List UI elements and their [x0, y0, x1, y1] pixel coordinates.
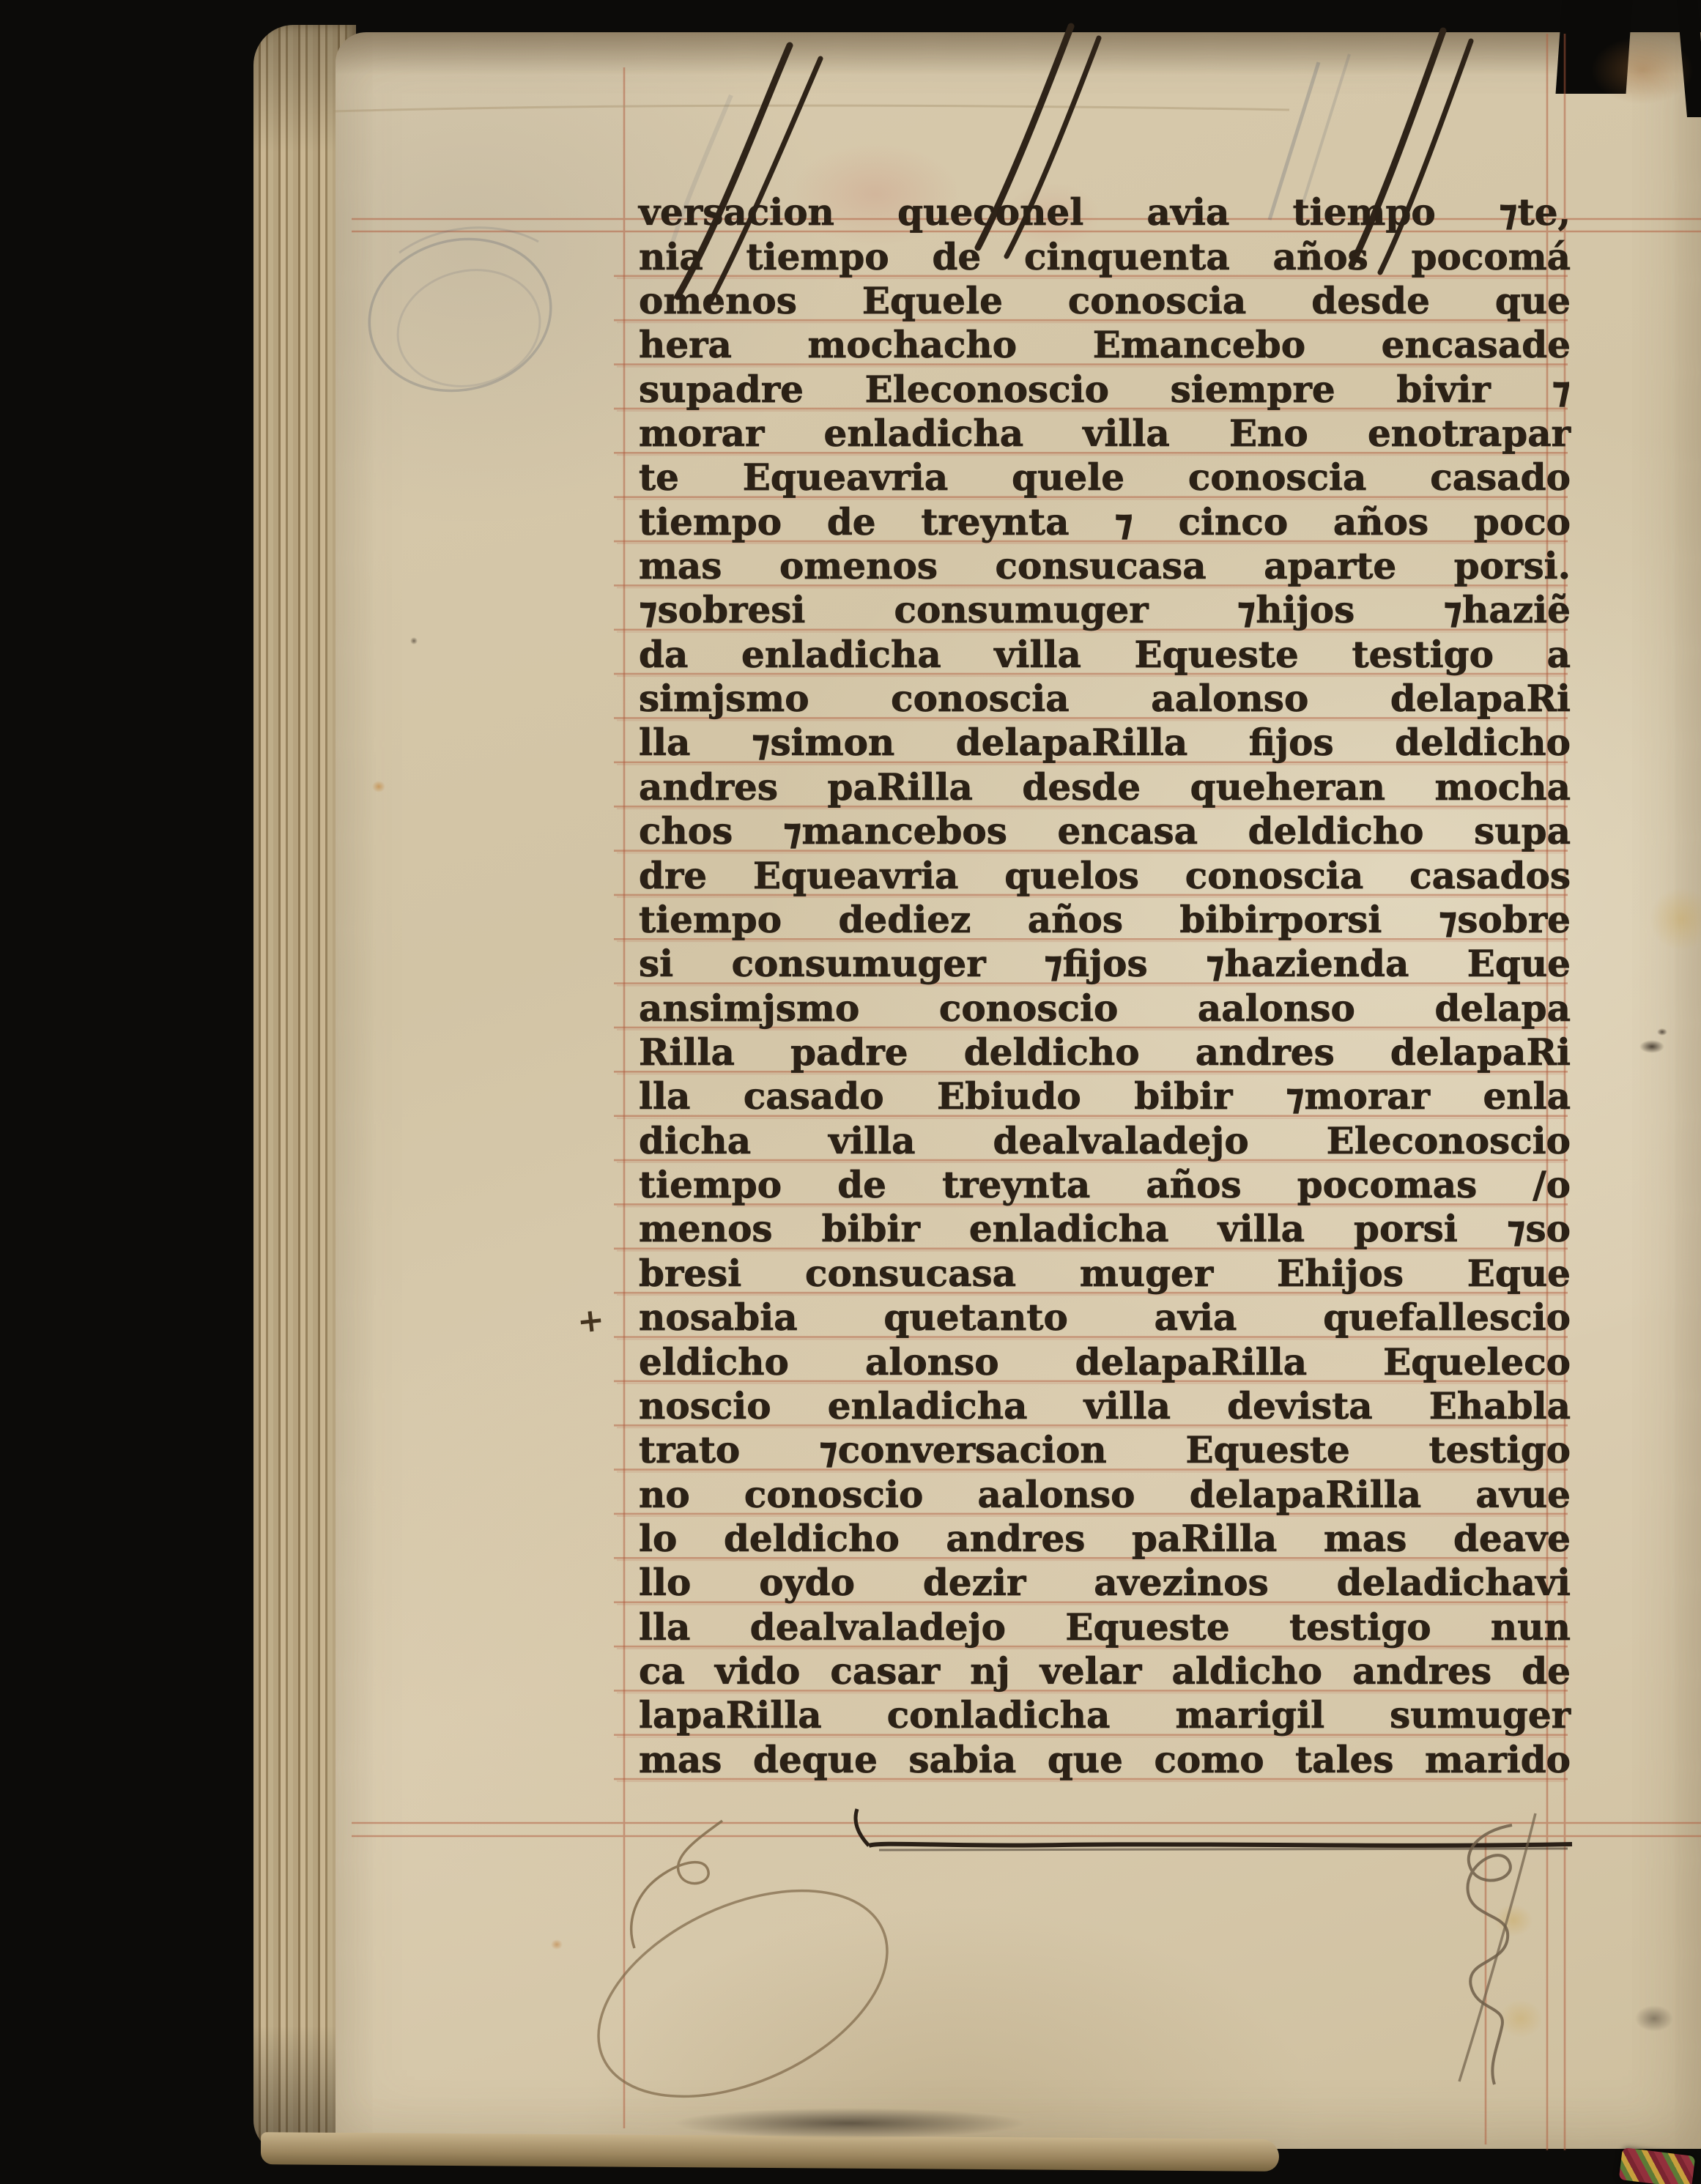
manuscript-text-line: trato ⁊conversacion Equeste testigo [639, 1430, 1571, 1471]
manuscript-text-line: lla casado Ebiudo bibir ⁊morar enla [639, 1076, 1571, 1117]
manuscript-text-line: menos bibir enladicha villa porsi ⁊so [639, 1208, 1571, 1249]
manuscript-text-line: lapaRilla conladicha marigil sumuger [639, 1695, 1571, 1736]
manuscript-text-line: dre Equeavria quelos conoscia casados [639, 855, 1571, 896]
manuscript-text-line: ca vido casar nj velar aldicho andres de [639, 1651, 1571, 1692]
manuscript-text-line: ansimjsmo conoscio aalonso delapa [639, 988, 1571, 1029]
manuscript-text-line: si consumuger ⁊fijos ⁊hazienda Eque [639, 943, 1571, 984]
manuscript-photo: versacion queconel avia tiempo ⁊te,nia t… [0, 0, 1701, 2184]
manuscript-text-line: eldicho alonso delapaRilla Equeleco [639, 1342, 1571, 1383]
manuscript-text-line: bresi consucasa muger Ehijos Eque [639, 1253, 1571, 1294]
manuscript-text-line: dicha villa dealvaladejo Eleconoscio [639, 1121, 1571, 1162]
manuscript-text-line: tiempo de treynta años pocomas /o [639, 1165, 1571, 1206]
manuscript-text-line: lla ⁊simon delapaRilla fijos deldicho [639, 722, 1571, 763]
manuscript-text-line: versacion queconel avia tiempo ⁊te, [639, 192, 1571, 233]
manuscript-text-line: nosabia quetanto avia quefallescio [639, 1297, 1571, 1338]
under-leaf-edge-line [333, 105, 1289, 111]
pencil-ellipse-doodle [353, 220, 567, 409]
closing-line-stroke [856, 1809, 1572, 1851]
manuscript-text-line: omenos Equele conoscia desde que [639, 281, 1571, 322]
manuscript-text-line: noscio enladicha villa devista Ehabla [639, 1386, 1571, 1427]
manuscript-text-line: lla dealvaladejo Equeste testigo nun [639, 1607, 1571, 1648]
left-flourish-doodle [566, 1821, 919, 2139]
manuscript-text-line: llo oydo dezir avezinos deladichavi [639, 1562, 1571, 1603]
manuscript-text-line: lo deldicho andres paRilla mas deave [639, 1518, 1571, 1559]
manuscript-text-line: mas omenos consucasa aparte porsi. [639, 546, 1571, 587]
manuscript-text-line: hera mochacho Emancebo encasade [639, 324, 1571, 365]
manuscript-text-line: da enladicha villa Equeste testigo a [639, 634, 1571, 675]
manuscript-text-line: supadre Eleconoscio siempre bivir ⁊ [639, 369, 1571, 410]
manuscript-text-line: mas deque sabia que como tales marido [639, 1739, 1571, 1780]
manuscript-text-line: Rilla padre deldicho andres delapaRi [639, 1032, 1571, 1073]
manuscript-text-line: morar enladicha villa Eno enotrapar [639, 413, 1571, 454]
manuscript-text-line: nia tiempo de cinquenta años pocomá [639, 237, 1571, 278]
margin-cross-mark: + [575, 1301, 606, 1341]
manuscript-text-line: andres paRilla desde queheran mocha [639, 767, 1571, 808]
right-flourish-doodle [1459, 1813, 1535, 2084]
manuscript-text-line: tiempo dediez años bibirporsi ⁊sobre [639, 899, 1571, 940]
manuscript-text-line: te Equeavria quele conoscia casado [639, 457, 1571, 498]
manuscript-text-line: ⁊sobresi consumuger ⁊hijos ⁊haziẽ [639, 590, 1571, 631]
manuscript-text-line: simjsmo conoscia aalonso delapaRi [639, 678, 1571, 719]
manuscript-text-line: chos ⁊mancebos encasa deldicho supa [639, 811, 1571, 852]
manuscript-text-line: no conoscio aalonso delapaRilla avue [639, 1474, 1571, 1515]
manuscript-text-line: tiempo de treynta ⁊ cinco años poco [639, 502, 1571, 543]
